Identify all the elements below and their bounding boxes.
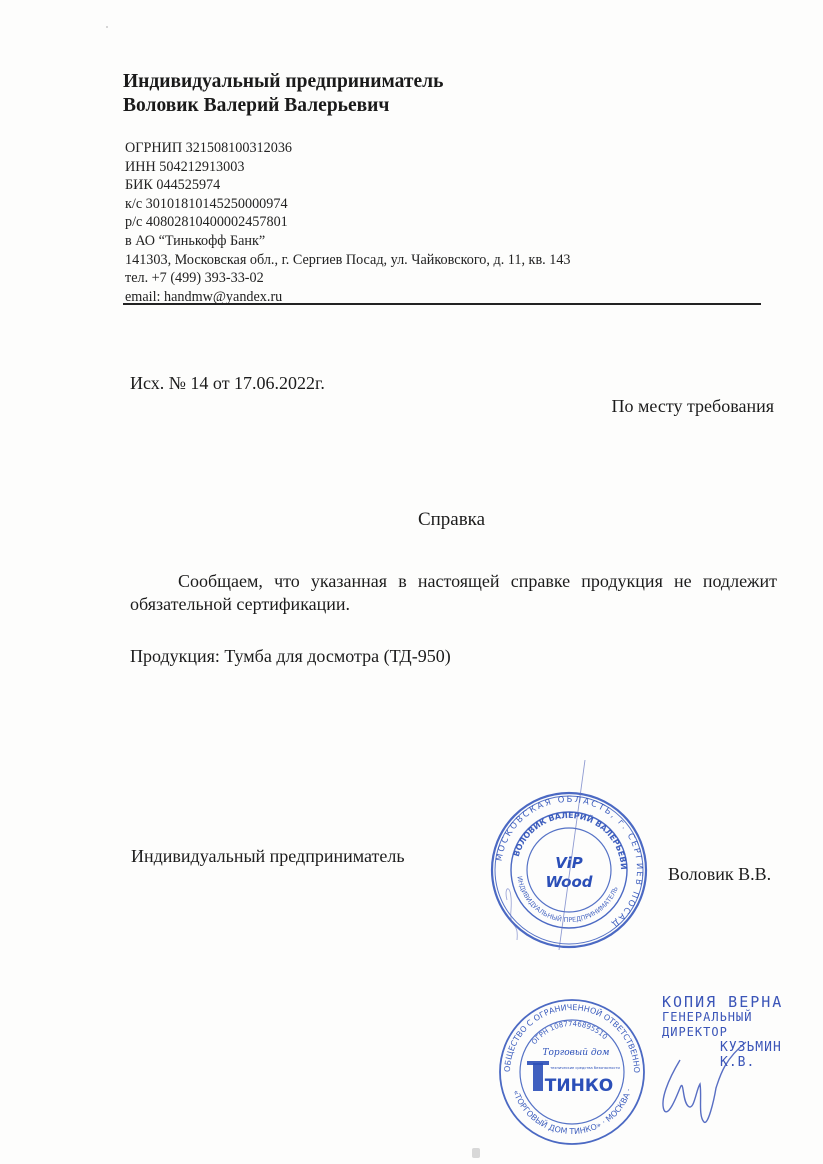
scan-speck — [472, 1148, 480, 1158]
seal-ogrn-text: ОГРН 1087746895510 — [530, 1020, 609, 1046]
company-seal-stamp: ОБЩЕСТВО С ОГРАНИЧЕННОЙ ОТВЕТСТВЕННОСТЬЮ… — [497, 997, 647, 1147]
seal-icon: МОСКОВСКАЯ ОБЛАСТЬ, г. СЕРГИЕВ ПОСАД ВОЛ… — [489, 790, 649, 950]
signatory-name: Воловик В.В. — [668, 864, 771, 885]
svg-text:ОГРН 1087746895510: ОГРН 1087746895510 — [530, 1020, 609, 1046]
letterhead-divider — [123, 303, 761, 305]
requisite-inn: ИНН 504212913003 — [125, 158, 571, 177]
seal-logo-line1: ViP — [555, 854, 582, 872]
copy-certification-line1: КОПИЯ ВЕРНА — [662, 995, 823, 1010]
copy-certification: КОПИЯ ВЕРНА ГЕНЕРАЛЬНЫЙ ДИРЕКТОР КУЗЬМИН… — [662, 995, 823, 1070]
copy-certification-line2: ГЕНЕРАЛЬНЫЙ ДИРЕКТОР — [662, 1010, 823, 1040]
letterhead-title-line1: Индивидуальный предприниматель — [123, 70, 443, 94]
body-paragraph: Сообщаем, что указанная в настоящей спра… — [130, 570, 777, 616]
requisite-address: 141303, Московская обл., г. Сергиев Поса… — [125, 251, 571, 270]
seal-logo-main: ТИНКО — [545, 1076, 613, 1096]
requisite-ogrnip: ОГРНИП 321508100312036 — [125, 139, 571, 158]
seal-icon: ОБЩЕСТВО С ОГРАНИЧЕННОЙ ОТВЕТСТВЕННОСТЬЮ… — [497, 997, 647, 1147]
product-line: Продукция: Тумба для досмотра (ТД-950) — [130, 646, 451, 667]
ip-seal-stamp: МОСКОВСКАЯ ОБЛАСТЬ, г. СЕРГИЕВ ПОСАД ВОЛ… — [489, 790, 649, 950]
requisite-corr-account: к/с 30101810145250000974 — [125, 195, 571, 214]
letterhead-requisites: ОГРНИП 321508100312036 ИНН 504212913003 … — [125, 139, 571, 306]
outgoing-reference: Исх. № 14 от 17.06.2022г. — [130, 373, 325, 394]
requisite-phone: тел. +7 (499) 393-33-02 — [125, 269, 571, 288]
document-title: Справка — [0, 509, 823, 531]
letterhead-title-line2: Воловик Валерий Валерьевич — [123, 94, 443, 118]
requisite-bik: БИК 044525974 — [125, 176, 571, 195]
scan-speck — [106, 26, 108, 28]
requisite-bank: в АО “Тинькофф Банк” — [125, 232, 571, 251]
addressee: По месту требования — [612, 396, 774, 417]
requisite-settlement-account: р/с 40802810400002457801 — [125, 213, 571, 232]
seal-logo-script: Торговый дом — [543, 1048, 610, 1058]
letterhead-title: Индивидуальный предприниматель Воловик В… — [123, 70, 443, 118]
signatory-position: Индивидуальный предприниматель — [131, 846, 405, 867]
svg-text:ОБЩЕСТВО С ОГРАНИЧЕННОЙ ОТВЕТС: ОБЩЕСТВО С ОГРАНИЧЕННОЙ ОТВЕТСТВЕННОСТЬЮ — [493, 990, 641, 1073]
seal-logo-subtext: технические средства безопасности — [550, 1066, 620, 1070]
seal-outer-text: ОБЩЕСТВО С ОГРАНИЧЕННОЙ ОТВЕТСТВЕННОСТЬЮ — [493, 990, 641, 1073]
copy-certification-line3: КУЗЬМИН К.В. — [720, 1040, 823, 1070]
